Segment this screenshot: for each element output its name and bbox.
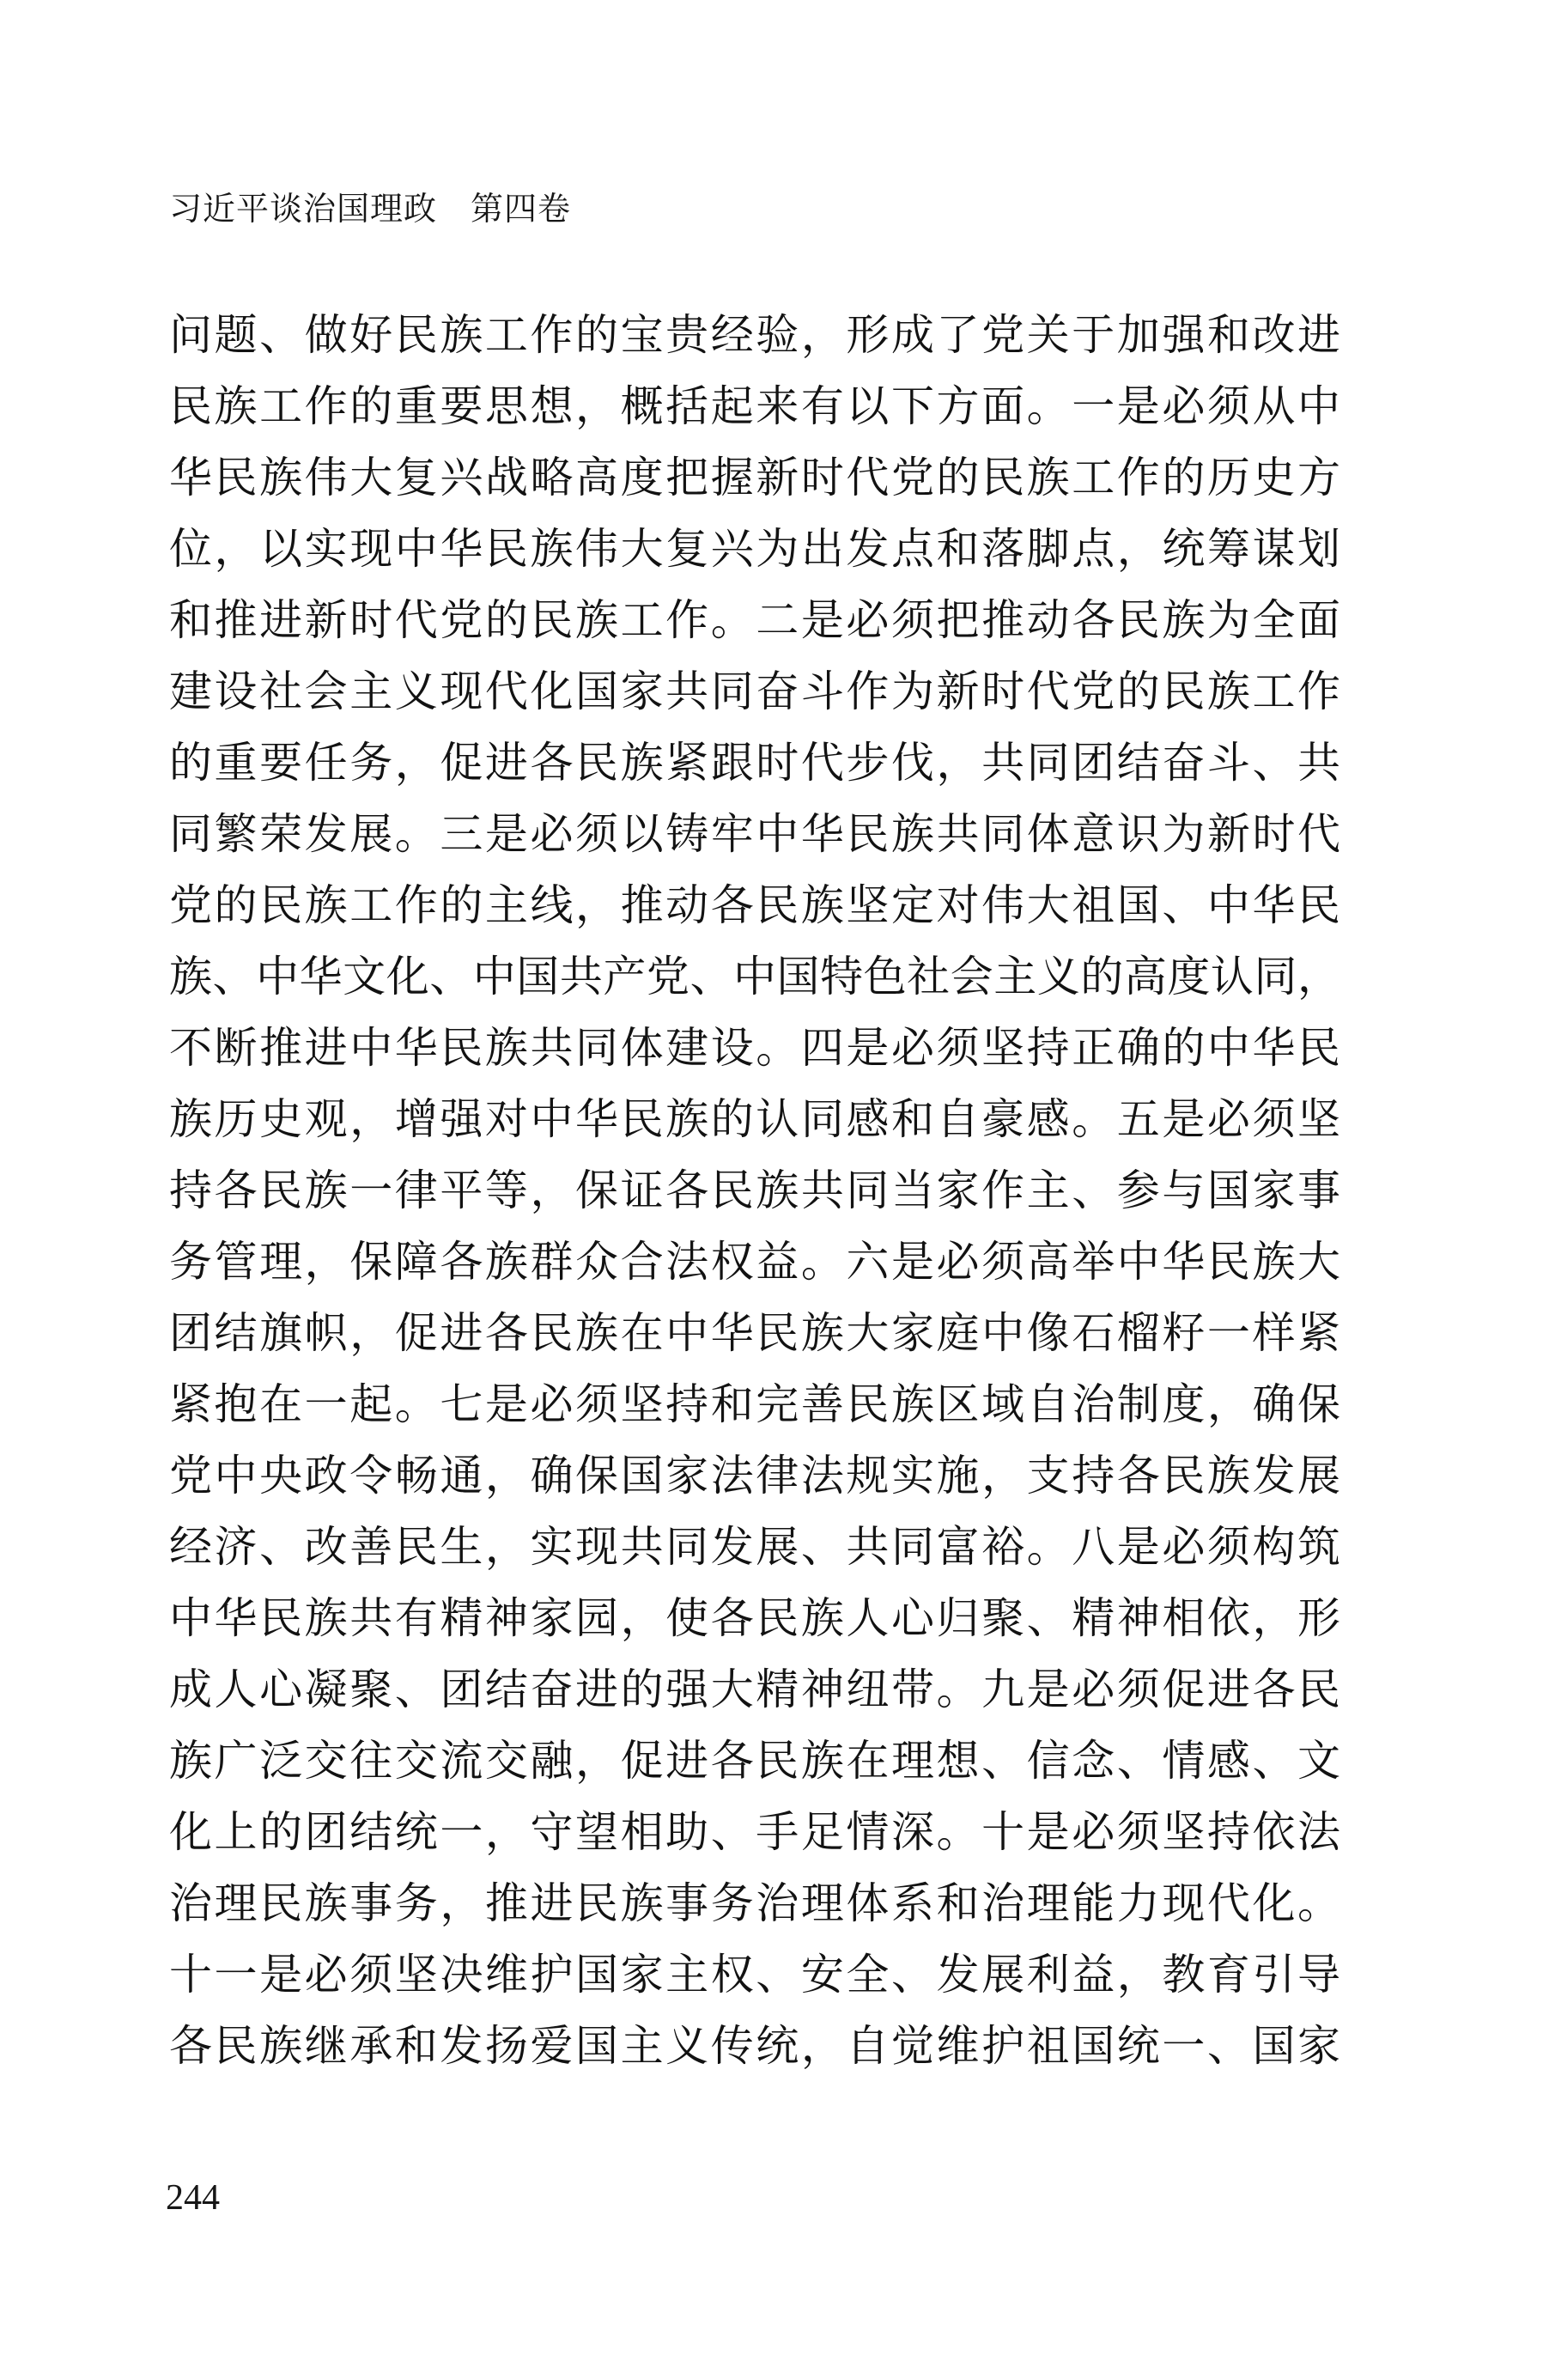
text-line: 族、中华文化、中国共产党、中国特色社会主义的高度认同， [169, 941, 1340, 1013]
text-line: 治理民族事务，推进民族事务治理体系和治理能力现代化。 [169, 1868, 1340, 1939]
text-line: 和推进新时代党的民族工作。二是必须把推动各民族为全面 [169, 585, 1340, 656]
text-line: 团结旗帜，促进各民族在中华民族大家庭中像石榴籽一样紧 [169, 1298, 1340, 1369]
text-line: 民族工作的重要思想，概括起来有以下方面。一是必须从中 [169, 371, 1340, 442]
text-line: 党中央政令畅通，确保国家法律法规实施，支持各民族发展 [169, 1440, 1340, 1512]
text-line: 中华民族共有精神家园，使各民族人心归聚、精神相依，形 [169, 1583, 1340, 1654]
text-line: 十一是必须坚决维护国家主权、安全、发展利益，教育引导 [169, 1939, 1340, 2011]
page-number: 244 [166, 2177, 220, 2219]
text-line: 各民族继承和发扬爱国主义传统，自觉维护祖国统一、国家 [169, 2011, 1340, 2082]
text-line: 党的民族工作的主线，推动各民族坚定对伟大祖国、中华民 [169, 870, 1340, 941]
text-line: 位，以实现中华民族伟大复兴为出发点和落脚点，统筹谋划 [169, 514, 1340, 585]
text-line: 族广泛交往交流交融，促进各民族在理想、信念、情感、文 [169, 1726, 1340, 1797]
text-line: 务管理，保障各族群众合法权益。六是必须高举中华民族大 [169, 1227, 1340, 1298]
text-line: 持各民族一律平等，保证各民族共同当家作主、参与国家事 [169, 1155, 1340, 1227]
text-line: 建设社会主义现代化国家共同奋斗作为新时代党的民族工作 [169, 656, 1340, 727]
text-line: 不断推进中华民族共同体建设。四是必须坚持正确的中华民 [169, 1013, 1340, 1084]
book-page: 习近平谈治国理政 第四卷 问题、做好民族工作的宝贵经验，形成了党关于加强和改进 … [0, 0, 1543, 2380]
running-head: 习近平谈治国理政 第四卷 [169, 190, 571, 229]
text-line: 经济、改善民生，实现共同发展、共同富裕。八是必须构筑 [169, 1512, 1340, 1583]
text-line: 成人心凝聚、团结奋进的强大精神纽带。九是必须促进各民 [169, 1654, 1340, 1726]
text-line: 化上的团结统一，守望相助、手足情深。十是必须坚持依法 [169, 1797, 1340, 1868]
text-line: 华民族伟大复兴战略高度把握新时代党的民族工作的历史方 [169, 442, 1340, 514]
body-text-block: 问题、做好民族工作的宝贵经验，形成了党关于加强和改进 民族工作的重要思想，概括起… [169, 300, 1340, 2082]
text-line: 的重要任务，促进各民族紧跟时代步伐，共同团结奋斗、共 [169, 727, 1340, 799]
text-line: 同繁荣发展。三是必须以铸牢中华民族共同体意识为新时代 [169, 799, 1340, 870]
text-line: 问题、做好民族工作的宝贵经验，形成了党关于加强和改进 [169, 300, 1340, 371]
text-line: 紧抱在一起。七是必须坚持和完善民族区域自治制度，确保 [169, 1369, 1340, 1440]
text-line: 族历史观，增强对中华民族的认同感和自豪感。五是必须坚 [169, 1084, 1340, 1155]
